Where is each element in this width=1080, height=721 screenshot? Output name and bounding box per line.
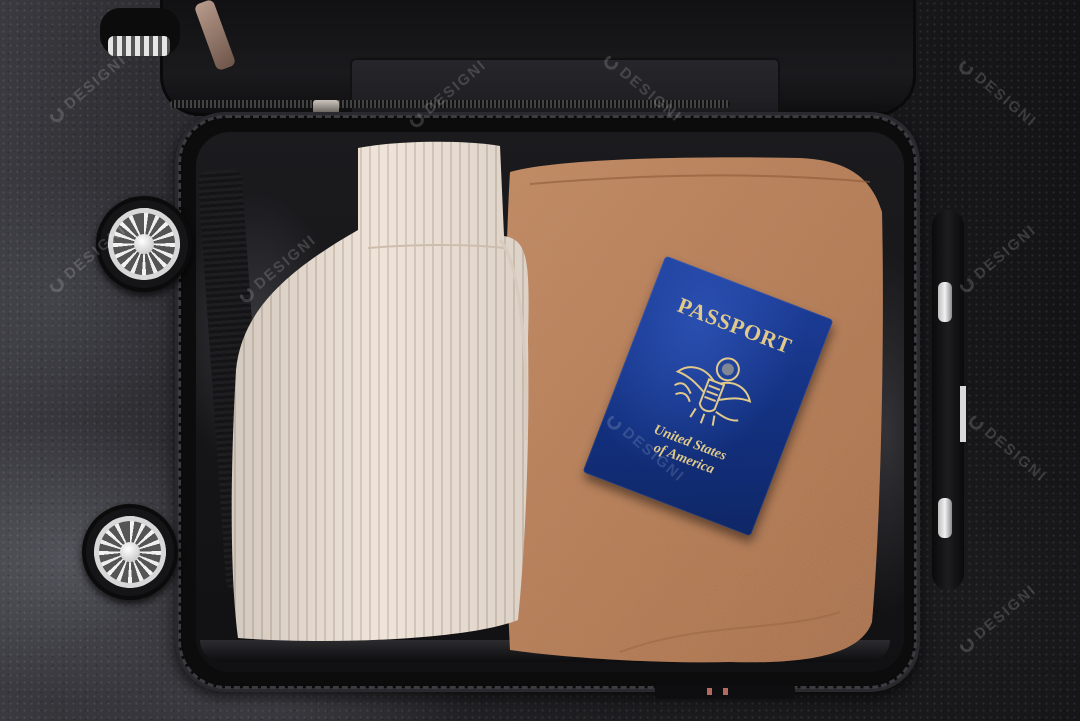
handle-cap-top — [938, 282, 952, 322]
handle-cap-bottom — [938, 498, 952, 538]
handle-clip — [960, 386, 966, 442]
wheel-top-left — [100, 8, 180, 56]
cream-ribbed-sweater — [228, 140, 533, 645]
wheel-icon — [82, 504, 178, 600]
eagle-seal-icon — [657, 338, 765, 440]
photo-scene: PASSPORT United States of America DESIGN… — [0, 0, 1080, 721]
combination-lock-icon — [655, 685, 795, 699]
